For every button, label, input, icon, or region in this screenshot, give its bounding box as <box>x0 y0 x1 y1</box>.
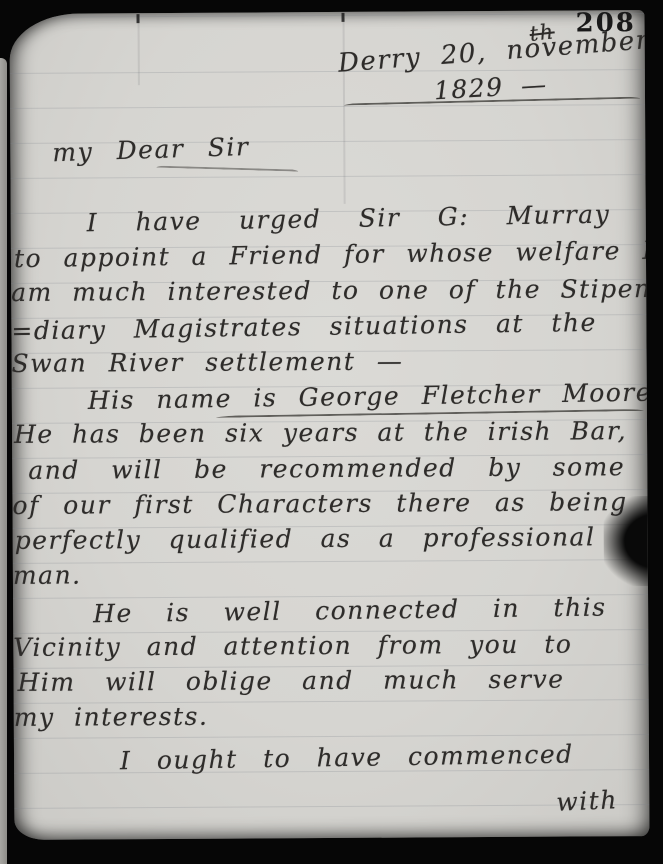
edge-tick <box>341 13 344 22</box>
manuscript-line: of our first Characters there as being <box>12 487 627 520</box>
manuscript-line: perfectly qualified as a professional <box>15 522 596 555</box>
catchword: with <box>556 785 619 816</box>
manuscript-line: Swan River settlement — <box>12 347 404 378</box>
adjacent-page-edge <box>0 58 7 864</box>
manuscript-page: 208 th Derry 20, november 1829 — my Dear… <box>9 10 649 840</box>
manuscript-line: He has been six years at the irish Bar, <box>14 416 627 449</box>
scan-background: 208 th Derry 20, november 1829 — my Dear… <box>0 0 663 864</box>
crease <box>137 15 139 85</box>
binder-hole-shadow <box>603 496 649 586</box>
manuscript-line: man. <box>13 561 82 590</box>
edge-tick <box>136 14 139 23</box>
manuscript-line: Him will oblige and much serve <box>17 665 564 697</box>
manuscript-line: and will be recommended by some <box>28 452 625 485</box>
manuscript-line: am much interested to one of the Stipen= <box>11 274 649 307</box>
manuscript-line: my interests. <box>14 702 209 732</box>
manuscript-line: Vicinity and attention from you to <box>13 630 572 662</box>
